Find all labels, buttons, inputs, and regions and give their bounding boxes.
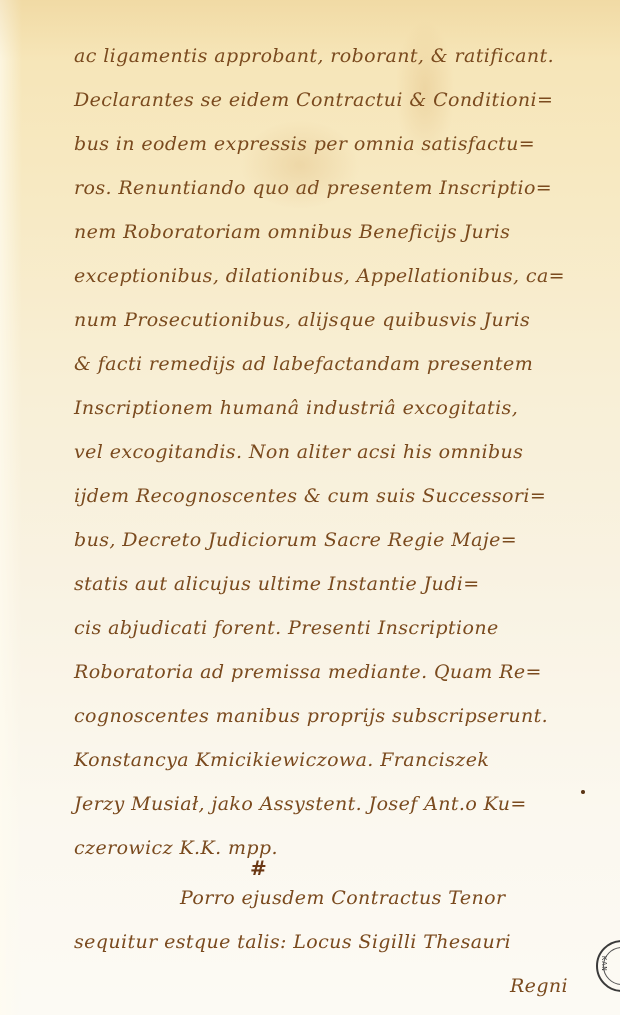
text-line-9: Inscriptionem humanâ industriâ excogitat…: [74, 397, 518, 419]
catchword: Regni: [510, 975, 568, 997]
signature-line-1: Konstancya Kmicikiewiczowa. Franciszek: [74, 749, 489, 771]
text-line-16: cognoscentes manibus proprijs subscripse…: [74, 705, 548, 727]
signature-line-2: Jerzy Musiał, jako Assystent. Josef Ant.…: [74, 793, 527, 815]
text-line-8: & facti remedijs ad labefactandam presen…: [74, 353, 533, 375]
text-line-2: Declarantes se eidem Contractui & Condit…: [74, 89, 553, 111]
archive-stamp-icon: KAN: [596, 940, 620, 992]
paraph-flourish-mark: #: [250, 856, 261, 880]
text-line-3: bus in eodem expressis per omnia satisfa…: [74, 133, 535, 155]
text-line-1: ac ligamentis approbant, roborant, & rat…: [74, 45, 554, 67]
paper-edge-highlight: [0, 0, 22, 1015]
paragraph-2-line-1: Porro ejusdem Contractus Tenor: [180, 887, 505, 909]
text-line-11: ijdem Recognoscentes & cum suis Successo…: [74, 485, 546, 507]
text-line-10: vel excogitandis. Non aliter acsi his om…: [74, 441, 523, 463]
text-line-13: statis aut alicujus ultime Instantie Jud…: [74, 573, 480, 595]
text-line-7: num Prosecutionibus, alijsque quibusvis …: [74, 309, 530, 331]
stamp-text: KAN: [600, 956, 608, 972]
text-line-15: Roboratoria ad premissa mediante. Quam R…: [74, 661, 542, 683]
text-line-4: ros. Renuntiando quo ad presentem Inscri…: [74, 177, 552, 199]
signature-line-3: czerowicz K.K. mpp.: [74, 837, 278, 859]
ink-dot: [581, 790, 585, 794]
text-line-14: cis abjudicati forent. Presenti Inscript…: [74, 617, 499, 639]
text-line-6: exceptionibus, dilationibus, Appellation…: [74, 265, 565, 287]
paragraph-2-line-2: sequitur estque talis: Locus Sigilli The…: [74, 931, 511, 953]
text-line-5: nem Roboratoriam omnibus Beneficijs Juri…: [74, 221, 510, 243]
text-line-12: bus, Decreto Judiciorum Sacre Regie Maje…: [74, 529, 517, 551]
manuscript-page: ac ligamentis approbant, roborant, & rat…: [0, 0, 620, 1015]
